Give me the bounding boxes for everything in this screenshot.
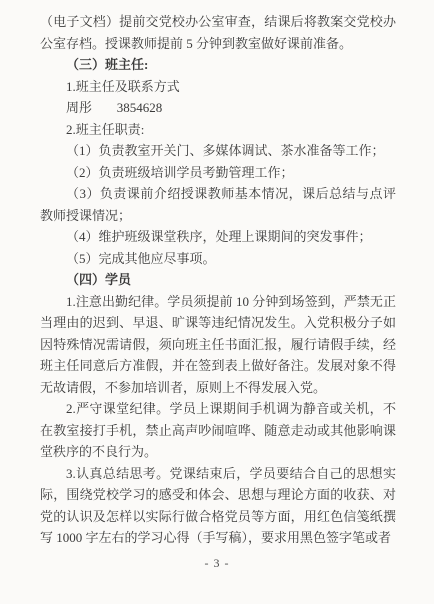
paragraph-rule-2: 2.严守课堂纪律。学员上课期间手机调为静音或关机，不在教室接打手机，禁止高声吵闹… [40, 398, 396, 463]
document-page: （电子文档）提前交党校办公室审查，结课后将教案交党校办公室存档。授课教师提前 5… [0, 0, 434, 604]
paragraph-duty-4: （4）维护班级课堂秩序，处理上课期间的突发事件； [40, 226, 396, 248]
paragraph-duty-2: （2）负责班级培训学员考勤管理工作； [40, 162, 396, 184]
paragraph-duty-3: （3）负责课前介绍授课教师基本情况，课后总结与点评教师授课情况； [40, 183, 396, 226]
section-heading-trainees: （四）学员 [40, 269, 396, 291]
paragraph-contact-title: 1.班主任及联系方式 [40, 76, 396, 98]
contact-line: 周彤3854628 [40, 97, 396, 119]
paragraph-rule-1: 1.注意出勤纪律。学员须提前 10 分钟到场签到，严禁无正当理由的迟到、早退、旷… [40, 291, 396, 399]
paragraph-duty-1: （1）负责教室开关门、多媒体调试、茶水准备等工作； [40, 140, 396, 162]
paragraph-duty-5: （5）完成其他应尽事项。 [40, 248, 396, 270]
contact-name: 周彤 [66, 100, 92, 115]
section-heading-class-director: （三）班主任: [40, 54, 396, 76]
paragraph-duties-title: 2.班主任职责: [40, 119, 396, 141]
contact-phone: 3854628 [117, 100, 163, 115]
paragraph-continuation: （电子文档）提前交党校办公室审查，结课后将教案交党校办公室存档。授课教师提前 5… [40, 11, 396, 54]
paragraph-rule-3: 3.认真总结思考。党课结束后，学员要结合自己的思想实际，围绕党校学习的感受和体会… [40, 463, 396, 549]
document-body: （电子文档）提前交党校办公室审查，结课后将教案交党校办公室存档。授课教师提前 5… [40, 11, 396, 549]
page-number: - 3 - [0, 556, 434, 571]
